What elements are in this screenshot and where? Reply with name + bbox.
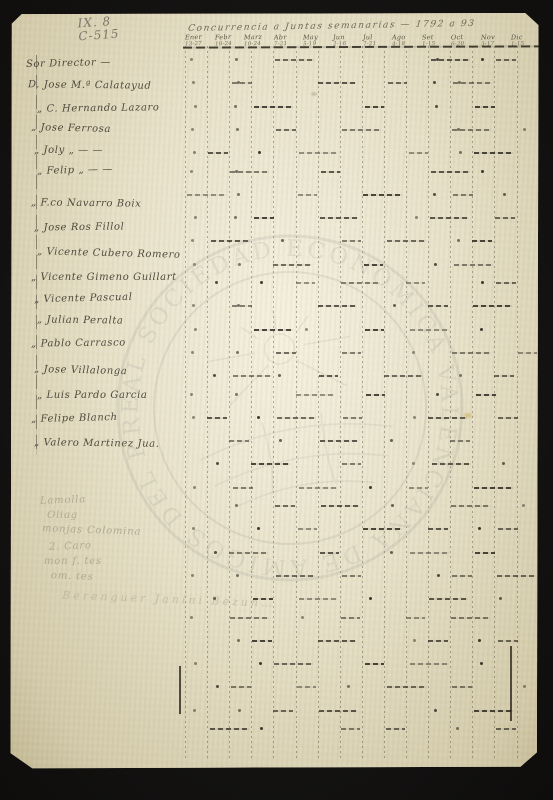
attendance-dash-mark — [296, 282, 315, 284]
attendance-dash-mark — [363, 194, 402, 196]
attendance-dash-mark — [450, 440, 469, 442]
attendance-dot-mark — [215, 281, 218, 284]
attendance-dash-mark — [231, 686, 250, 688]
attendance-dash-mark — [474, 710, 513, 712]
attendance-dot-mark — [433, 81, 436, 84]
attendance-dash-mark — [321, 505, 360, 507]
attendance-dot-mark — [192, 304, 195, 307]
attendance-dot-mark — [369, 486, 372, 489]
attendance-dot-mark — [434, 263, 437, 266]
attendance-dash-mark — [229, 440, 248, 442]
attendance-dash-mark — [406, 282, 425, 284]
member-name: „ Valero Martinez Jua. — [34, 437, 160, 450]
member-name: „ Pablo Carrasco — [31, 337, 126, 349]
attendance-dot-mark — [413, 639, 416, 642]
attendance-dot-mark — [456, 727, 459, 730]
grid-column-line — [229, 46, 230, 758]
attendance-dot-mark — [433, 193, 436, 196]
attendance-dot-mark — [193, 486, 196, 489]
attendance-dash-mark — [475, 106, 494, 108]
attendance-dash-mark — [432, 463, 471, 465]
attendance-dot-mark — [194, 105, 197, 108]
attendance-dot-mark — [459, 374, 462, 377]
member-name: „ Vicente Pascual — [34, 292, 133, 305]
pencil-note: monjas Colomina — [42, 523, 142, 537]
attendance-dot-mark — [257, 527, 260, 530]
member-name: „ C. Hernando Lazaro — [37, 102, 160, 114]
attendance-dash-mark — [251, 463, 290, 465]
attendance-dash-mark — [342, 129, 381, 131]
grid-column-line — [384, 46, 385, 758]
member-name: „ Jose Ros Fillol — [34, 221, 125, 233]
attendance-dot-mark — [192, 81, 195, 84]
attendance-dash-mark — [498, 528, 517, 530]
attendance-dash-mark — [319, 710, 358, 712]
attendance-dash-mark — [232, 305, 251, 307]
attendance-dot-mark — [503, 193, 506, 196]
attendance-dot-mark — [213, 374, 216, 377]
attendance-dash-mark — [452, 686, 471, 688]
attendance-dash-mark — [254, 329, 293, 331]
attendance-dash-mark — [410, 663, 449, 665]
attendance-dash-mark — [297, 686, 316, 688]
attendance-dash-mark — [342, 240, 361, 242]
attendance-dot-mark — [214, 551, 217, 554]
attendance-dot-mark — [390, 551, 393, 554]
grid-column-line — [340, 46, 341, 758]
grid-column-line — [251, 46, 252, 758]
attendance-dot-mark — [478, 639, 481, 642]
attendance-dash-mark — [318, 305, 357, 307]
attendance-dash-mark — [321, 171, 340, 173]
attendance-dash-mark — [431, 171, 470, 173]
attendance-dash-mark — [410, 552, 449, 554]
attendance-dot-mark — [192, 527, 195, 530]
attendance-dash-mark — [277, 417, 316, 419]
attendance-dot-mark — [391, 504, 394, 507]
attendance-dash-mark — [298, 194, 317, 196]
attendance-dash-mark — [211, 240, 250, 242]
attendance-dot-mark — [523, 128, 526, 131]
attendance-dot-mark — [413, 416, 416, 419]
pencil-note: Lamolla — [40, 494, 86, 507]
attendance-dash-mark — [320, 440, 359, 442]
attendance-dash-mark — [428, 528, 447, 530]
attendance-dash-mark — [207, 417, 226, 419]
attendance-dot-mark — [347, 685, 350, 688]
attendance-dot-mark — [193, 709, 196, 712]
page-title: Concurrencia a Juntas semanarias — 1792 … — [187, 18, 518, 34]
attendance-dash-mark — [210, 728, 249, 730]
attendance-dot-mark — [235, 504, 238, 507]
attendance-dash-mark — [475, 552, 494, 554]
attendance-dash-mark — [452, 352, 491, 354]
attendance-dot-mark — [499, 597, 502, 600]
pencil-note: om. tes — [51, 570, 94, 582]
archive-code: IX. 8 C-515 — [77, 15, 120, 44]
attendance-dash-mark — [365, 106, 384, 108]
attendance-dot-mark — [412, 351, 415, 354]
attendance-dash-mark — [343, 417, 362, 419]
attendance-dot-mark — [523, 685, 526, 688]
attendance-dash-mark — [341, 728, 360, 730]
attendance-dash-mark — [474, 152, 513, 154]
attendance-dot-mark — [260, 727, 263, 730]
attendance-dash-mark — [296, 394, 335, 396]
attendance-dash-mark — [409, 152, 428, 154]
attendance-dash-mark — [274, 663, 313, 665]
attendance-dot-mark — [193, 151, 196, 154]
attendance-dash-mark — [428, 305, 447, 307]
attendance-dash-mark — [319, 375, 338, 377]
member-name: „ Felipe Blanch — [31, 412, 118, 425]
attendance-dot-mark — [235, 58, 238, 61]
attendance-dash-mark — [318, 640, 357, 642]
attendance-dash-mark — [496, 59, 515, 61]
attendance-dot-mark — [191, 239, 194, 242]
attendance-dot-mark — [480, 662, 483, 665]
attendance-dot-mark — [415, 216, 418, 219]
grid-column-line — [450, 46, 451, 758]
attendance-dash-mark — [498, 417, 517, 419]
pencil-note: 2. Caro — [49, 540, 92, 552]
attendance-dash-mark — [341, 617, 360, 619]
attendance-dot-mark — [390, 439, 393, 442]
attendance-dot-mark — [305, 328, 308, 331]
attendance-dash-mark — [429, 598, 468, 600]
attendance-dash-mark — [298, 528, 317, 530]
attendance-dash-mark — [386, 728, 405, 730]
attendance-dash-mark — [275, 59, 314, 61]
attendance-dash-mark — [496, 282, 515, 284]
attendance-dash-mark — [410, 329, 449, 331]
attendance-dot-mark — [257, 416, 260, 419]
attendance-dot-mark — [279, 439, 282, 442]
attendance-dash-mark — [498, 640, 517, 642]
attendance-dot-mark — [191, 128, 194, 131]
attendance-dash-mark — [428, 640, 447, 642]
member-name: D. Jose M.ª Calatayud — [28, 79, 152, 92]
ink-accent-stroke — [538, 196, 539, 326]
attendance-dash-mark — [233, 487, 252, 489]
attendance-dash-mark — [497, 575, 536, 577]
attendance-dash-mark — [451, 505, 490, 507]
member-name: „ Vicente Gimeno Guillart — [31, 272, 177, 283]
attendance-dash-mark — [229, 552, 268, 554]
attendance-dot-mark — [190, 170, 193, 173]
member-name: „ Jose Villalonga — [34, 364, 128, 377]
member-name: „ F.co Navarro Boix — [31, 197, 142, 209]
attendance-dot-mark — [393, 304, 396, 307]
attendance-dot-mark — [236, 351, 239, 354]
attendance-dash-mark — [452, 575, 471, 577]
attendance-dot-mark — [236, 128, 239, 131]
attendance-dot-mark — [522, 504, 525, 507]
pencil-note: mon f. tes — [44, 556, 102, 567]
grid-column-line — [362, 46, 363, 758]
attendance-dot-mark — [193, 263, 196, 266]
attendance-dash-mark — [366, 394, 385, 396]
attendance-dash-mark — [276, 129, 295, 131]
attendance-dot-mark — [234, 216, 237, 219]
attendance-dash-mark — [454, 264, 493, 266]
attendance-dash-mark — [452, 129, 491, 131]
attendance-dot-mark — [237, 193, 240, 196]
attendance-dot-mark — [238, 263, 241, 266]
attendance-dot-mark — [192, 416, 195, 419]
attendance-dash-mark — [406, 617, 425, 619]
attendance-dot-mark — [191, 574, 194, 577]
attendance-dot-mark — [480, 328, 483, 331]
attendance-dash-mark — [388, 82, 407, 84]
attendance-dash-mark — [275, 505, 294, 507]
attendance-dash-mark — [365, 329, 384, 331]
attendance-dash-mark — [254, 217, 273, 219]
attendance-dash-mark — [387, 240, 426, 242]
grid-column-line — [296, 46, 297, 758]
attendance-dot-mark — [236, 574, 239, 577]
attendance-dot-mark — [457, 239, 460, 242]
attendance-dot-mark — [194, 328, 197, 331]
attendance-dot-mark — [435, 105, 438, 108]
attendance-dot-mark — [194, 662, 197, 665]
attendance-dot-mark — [260, 281, 263, 284]
attendance-dash-mark — [431, 59, 470, 61]
attendance-dash-mark — [494, 375, 513, 377]
attendance-dash-mark — [472, 240, 491, 242]
attendance-dash-mark — [496, 728, 515, 730]
attendance-dash-mark — [273, 264, 312, 266]
attendance-dot-mark — [502, 462, 505, 465]
attendance-dash-mark — [318, 82, 357, 84]
attendance-dash-mark — [208, 152, 227, 154]
attendance-dash-mark — [230, 617, 269, 619]
grid-column-line — [406, 46, 407, 758]
grid-column-line — [472, 46, 473, 758]
attendance-dash-mark — [476, 394, 495, 396]
member-name: „ Vicente Cubero Romero — [37, 246, 181, 261]
member-name: Sor Director — — [26, 57, 111, 70]
member-name: „ Joly „ — — — [34, 145, 103, 156]
attendance-dash-mark — [252, 640, 271, 642]
attendance-dot-mark — [281, 239, 284, 242]
attendance-dot-mark — [235, 393, 238, 396]
manuscript-page: IX. 8 C-515 Concurrencia a Juntas semana… — [10, 13, 539, 769]
attendance-dot-mark — [237, 639, 240, 642]
member-name: „ Felip „ — — — [37, 164, 113, 177]
attendance-dot-mark — [481, 281, 484, 284]
attendance-dash-mark — [299, 152, 338, 154]
attendance-dash-mark — [495, 217, 514, 219]
member-name: „ Julian Peralta — [37, 314, 124, 326]
attendance-dash-mark — [409, 487, 428, 489]
attendance-grid — [185, 46, 539, 758]
attendance-dot-mark — [278, 374, 281, 377]
attendance-dot-mark — [481, 58, 484, 61]
attendance-dash-mark — [233, 375, 272, 377]
attendance-dash-mark — [273, 710, 292, 712]
attendance-dash-mark — [276, 352, 295, 354]
attendance-dot-mark — [481, 170, 484, 173]
attendance-dash-mark — [230, 171, 269, 173]
attendance-dot-mark — [258, 151, 261, 154]
attendance-dash-mark — [254, 106, 293, 108]
grid-column-line — [517, 46, 518, 758]
attendance-dash-mark — [363, 528, 402, 530]
attendance-dash-mark — [473, 305, 512, 307]
attendance-dash-mark — [342, 352, 361, 354]
attendance-dash-mark — [342, 575, 361, 577]
attendance-dash-mark — [453, 82, 492, 84]
attendance-dot-mark — [238, 709, 241, 712]
attendance-dash-mark — [341, 282, 380, 284]
scan-background: IX. 8 C-515 Concurrencia a Juntas semana… — [0, 0, 553, 800]
attendance-dot-mark — [216, 462, 219, 465]
member-name: „ Jose Ferrosa — [31, 122, 111, 135]
attendance-dash-mark — [384, 375, 423, 377]
attendance-dash-mark — [453, 194, 472, 196]
attendance-dash-mark — [320, 217, 359, 219]
member-name: „ Luis Pardo Garcia — [37, 390, 147, 401]
attendance-dot-mark — [190, 58, 193, 61]
attendance-dash-mark — [276, 575, 315, 577]
attendance-dot-mark — [412, 462, 415, 465]
attendance-dash-mark — [474, 487, 513, 489]
ink-accent-stroke — [510, 646, 512, 721]
attendance-dot-mark — [194, 216, 197, 219]
attendance-dash-mark — [428, 417, 467, 419]
attendance-dot-mark — [478, 527, 481, 530]
attendance-dot-mark — [459, 151, 462, 154]
attendance-dash-mark — [365, 663, 384, 665]
attendance-dot-mark — [437, 574, 440, 577]
attendance-dot-mark — [234, 105, 237, 108]
ink-accent-stroke — [179, 666, 181, 714]
attendance-dot-mark — [191, 351, 194, 354]
archive-code-line2: C-515 — [78, 28, 120, 44]
attendance-dot-mark — [216, 685, 219, 688]
attendance-dash-mark — [364, 264, 383, 266]
attendance-dot-mark — [190, 616, 193, 619]
attendance-dash-mark — [232, 82, 251, 84]
attendance-dash-mark — [518, 352, 537, 354]
attendance-dot-mark — [434, 709, 437, 712]
pencil-note: Oliag — [47, 510, 78, 521]
attendance-dash-mark — [387, 686, 426, 688]
attendance-dash-mark — [299, 487, 338, 489]
attendance-dash-mark — [342, 463, 361, 465]
attendance-dot-mark — [301, 616, 304, 619]
attendance-dash-mark — [320, 552, 339, 554]
attendance-dash-mark — [451, 617, 490, 619]
grid-column-line — [273, 46, 274, 758]
grid-column-line — [185, 46, 186, 758]
attendance-dot-mark — [259, 662, 262, 665]
attendance-dot-mark — [190, 393, 193, 396]
attendance-dash-mark — [430, 217, 469, 219]
attendance-dash-mark — [187, 194, 226, 196]
attendance-dot-mark — [436, 393, 439, 396]
